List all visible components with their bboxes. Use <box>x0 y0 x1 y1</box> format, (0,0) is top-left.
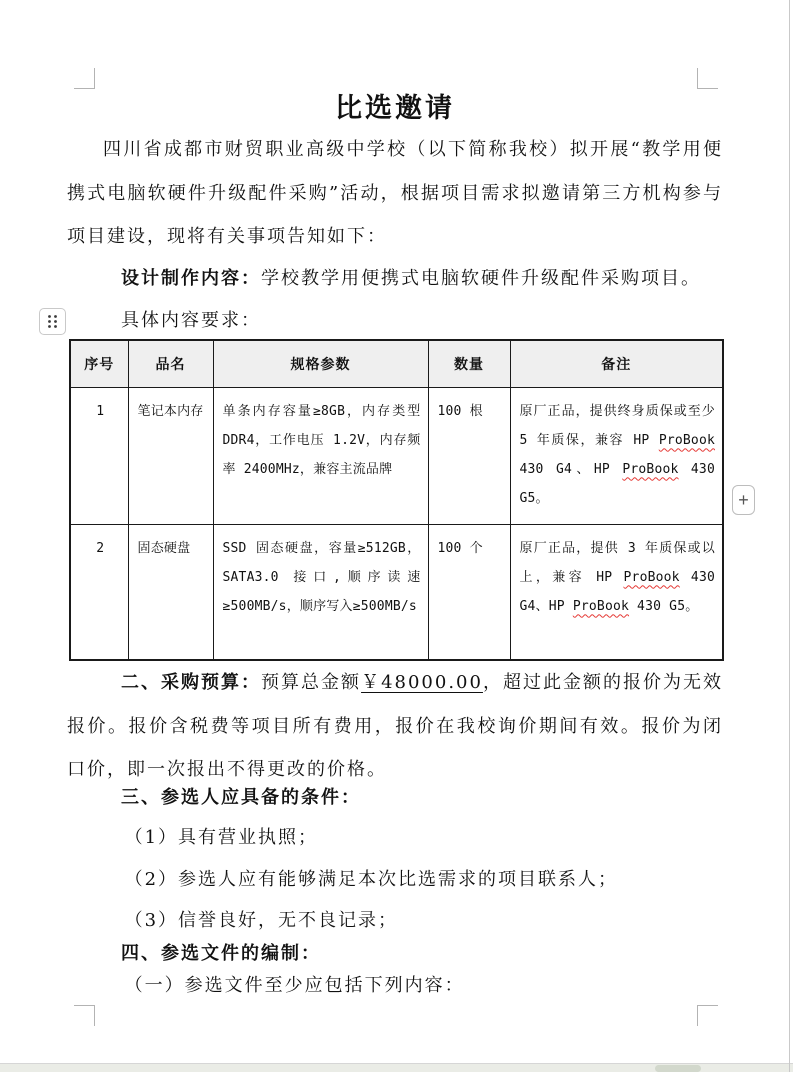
table-row: 2 固态硬盘 SSD 固态硬盘，容量≥512GB，SATA3.0 接口,顺序读速… <box>70 524 723 660</box>
add-button[interactable]: + <box>732 485 755 515</box>
budget-paragraph: 二、采购预算：预算总金额￥48000.00，超过此金额的报价为无效报价。报价含税… <box>67 661 723 792</box>
design-content-line: 设计制作内容：学校教学用便携式电脑软硬件升级配件采购项目。 <box>67 257 723 301</box>
intro-paragraph: 四川省成都市财贸职业高级中学校（以下简称我校）拟开展“教学用便携式电脑软硬件升级… <box>67 128 723 259</box>
cell-qty: 100 根 <box>428 387 510 524</box>
budget-pre: 预算总金额 <box>261 672 361 693</box>
cell-name: 固态硬盘 <box>128 524 213 660</box>
section3-item-1: （1）具有营业执照； <box>67 816 723 860</box>
design-content-text: 学校教学用便携式电脑软硬件升级配件采购项目。 <box>261 268 701 289</box>
budget-label: 二、采购预算： <box>121 672 261 693</box>
cell-spec: SSD 固态硬盘，容量≥512GB，SATA3.0 接口,顺序读速≥500MB/… <box>213 524 428 660</box>
header-qty: 数量 <box>428 340 510 387</box>
header-name: 品名 <box>128 340 213 387</box>
cell-name: 笔记本内存 <box>128 387 213 524</box>
spec-table: 序号 品名 规格参数 数量 备注 1 笔记本内存 单条内存容量≥8GB，内存类型… <box>69 339 724 661</box>
table-drag-handle[interactable] <box>39 308 66 335</box>
horizontal-scrollbar-thumb[interactable] <box>655 1065 701 1072</box>
cell-remark: 原厂正品，提供 3 年质保或以上，兼容 HP ProBook 430 G4、HP… <box>510 524 723 660</box>
right-border <box>789 0 790 1072</box>
cell-no: 2 <box>70 524 128 660</box>
requirements-line: 具体内容要求： <box>67 299 723 343</box>
page-title: 比选邀请 <box>67 88 723 130</box>
section4-item-1: （一）参选文件至少应包括下列内容： <box>67 964 723 1008</box>
drag-handle-icon <box>47 314 58 329</box>
cell-spec: 单条内存容量≥8GB，内存类型 DDR4，工作电压 1.2V，内存频率 2400… <box>213 387 428 524</box>
design-content-label: 设计制作内容： <box>121 268 261 289</box>
plus-icon: + <box>738 491 749 509</box>
section3-heading: 三、参选人应具备的条件： <box>67 776 723 820</box>
document-page[interactable]: + 比选邀请 四川省成都市财贸职业高级中学校（以下简称我校）拟开展“教学用便携式… <box>0 0 793 1072</box>
cell-qty: 100 个 <box>428 524 510 660</box>
header-spec: 规格参数 <box>213 340 428 387</box>
header-no: 序号 <box>70 340 128 387</box>
cell-no: 1 <box>70 387 128 524</box>
section3-item-2: （2）参选人应有能够满足本次比选需求的项目联系人； <box>67 858 723 902</box>
header-remark: 备注 <box>510 340 723 387</box>
crop-mark-top-left-icon <box>74 68 95 89</box>
cell-remark: 原厂正品，提供终身质保或至少 5 年质保，兼容 HP ProBook 430 G… <box>510 387 723 524</box>
crop-mark-bottom-left-icon <box>74 1005 95 1026</box>
budget-amount: ￥48000.00 <box>361 672 483 693</box>
table-header-row: 序号 品名 规格参数 数量 备注 <box>70 340 723 387</box>
crop-mark-bottom-right-icon <box>697 1005 718 1026</box>
crop-mark-top-right-icon <box>697 68 718 89</box>
table-row: 1 笔记本内存 单条内存容量≥8GB，内存类型 DDR4，工作电压 1.2V，内… <box>70 387 723 524</box>
